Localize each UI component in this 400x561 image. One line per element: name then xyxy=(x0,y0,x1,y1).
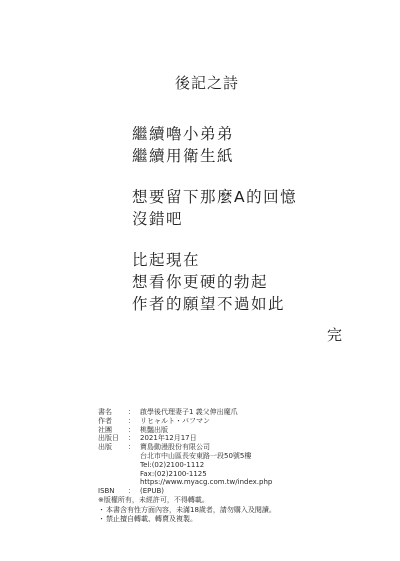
publisher-fax: Fax:(02)2100-1125 xyxy=(98,470,272,479)
poem-line: 比起現在 xyxy=(132,249,372,271)
colophon-label: 書名 xyxy=(98,408,128,417)
page-title: 後記之詩 xyxy=(175,72,239,93)
bullet-icon: ・ xyxy=(98,506,106,515)
colophon-value: 2021年12月17日 xyxy=(140,434,197,443)
colophon-value: 啟學後代理妻子1 義父伸出魔爪 xyxy=(140,408,238,417)
colophon-colon: ： xyxy=(128,434,140,443)
colophon-row-isbn: ISBN ： (EPUB) xyxy=(98,487,272,496)
colophon-colon: ： xyxy=(128,408,140,417)
colophon-row-date: 出版日 ： 2021年12月17日 xyxy=(98,434,272,443)
note-item: ・禁止擅自轉載、轉賣及複製。 xyxy=(98,515,276,524)
colophon-row-title: 書名 ： 啟學後代理妻子1 義父伸出魔爪 xyxy=(98,408,272,417)
publisher-url: https://www.myacg.com.tw/index.php xyxy=(98,478,272,487)
colophon-label: 出版 xyxy=(98,443,128,452)
colophon-value: (EPUB) xyxy=(140,487,164,496)
colophon: 書名 ： 啟學後代理妻子1 義父伸出魔爪 作者 ： リヒャルト・バフマン 社團 … xyxy=(98,408,272,505)
poem-line: 繼續用衛生紙 xyxy=(132,145,372,167)
note-item: ・本書含有性方面內容，未滿18歲者，請勿購入及閱讀。 xyxy=(98,506,276,515)
colophon-colon: ： xyxy=(128,426,140,435)
rights-notice: ※版權所有，未經許可，不得轉載。 xyxy=(98,496,272,505)
colophon-row-author: 作者 ： リヒャルト・バフマン xyxy=(98,417,272,426)
colophon-value: 寶島動漫股份有限公司 xyxy=(140,443,210,452)
publisher-address: 台北市中山區長安東路一段50號5樓 xyxy=(98,452,272,461)
colophon-colon: ： xyxy=(128,443,140,452)
colophon-colon: ： xyxy=(128,417,140,426)
poem-stanza: 想要留下那麼A的回憶 沒錯吧 xyxy=(132,186,372,230)
poem: 繼續嚕小弟弟 繼續用衛生紙 想要留下那麼A的回憶 沒錯吧 比起現在 想看你更硬的… xyxy=(132,123,372,334)
poem-line: 繼續嚕小弟弟 xyxy=(132,123,372,145)
note-text: 本書含有性方面內容，未滿18歲者，請勿購入及閱讀。 xyxy=(106,506,276,514)
poem-line: 沒錯吧 xyxy=(132,208,372,230)
colophon-value: リヒャルト・バフマン xyxy=(140,417,210,426)
colophon-label: 出版日 xyxy=(98,434,128,443)
end-mark: 完 xyxy=(327,324,342,345)
poem-stanza: 繼續嚕小弟弟 繼續用衛生紙 xyxy=(132,123,372,167)
poem-line: 想看你更硬的勃起 xyxy=(132,271,372,293)
publisher-tel: Tel:(02)2100-1112 xyxy=(98,461,272,470)
colophon-label: ISBN xyxy=(98,487,128,496)
colophon-colon: ： xyxy=(128,487,140,496)
notes: ・本書含有性方面內容，未滿18歲者，請勿購入及閱讀。 ・禁止擅自轉載、轉賣及複製… xyxy=(98,506,276,524)
colophon-label: 作者 xyxy=(98,417,128,426)
poem-stanza: 比起現在 想看你更硬的勃起 作者的願望不過如此 xyxy=(132,249,372,315)
bullet-icon: ・ xyxy=(98,515,106,524)
poem-line: 作者的願望不過如此 xyxy=(132,293,372,315)
colophon-row-publisher: 出版 ： 寶島動漫股份有限公司 xyxy=(98,443,272,452)
note-text: 禁止擅自轉載、轉賣及複製。 xyxy=(106,515,197,523)
poem-line: 想要留下那麼A的回憶 xyxy=(132,186,372,208)
